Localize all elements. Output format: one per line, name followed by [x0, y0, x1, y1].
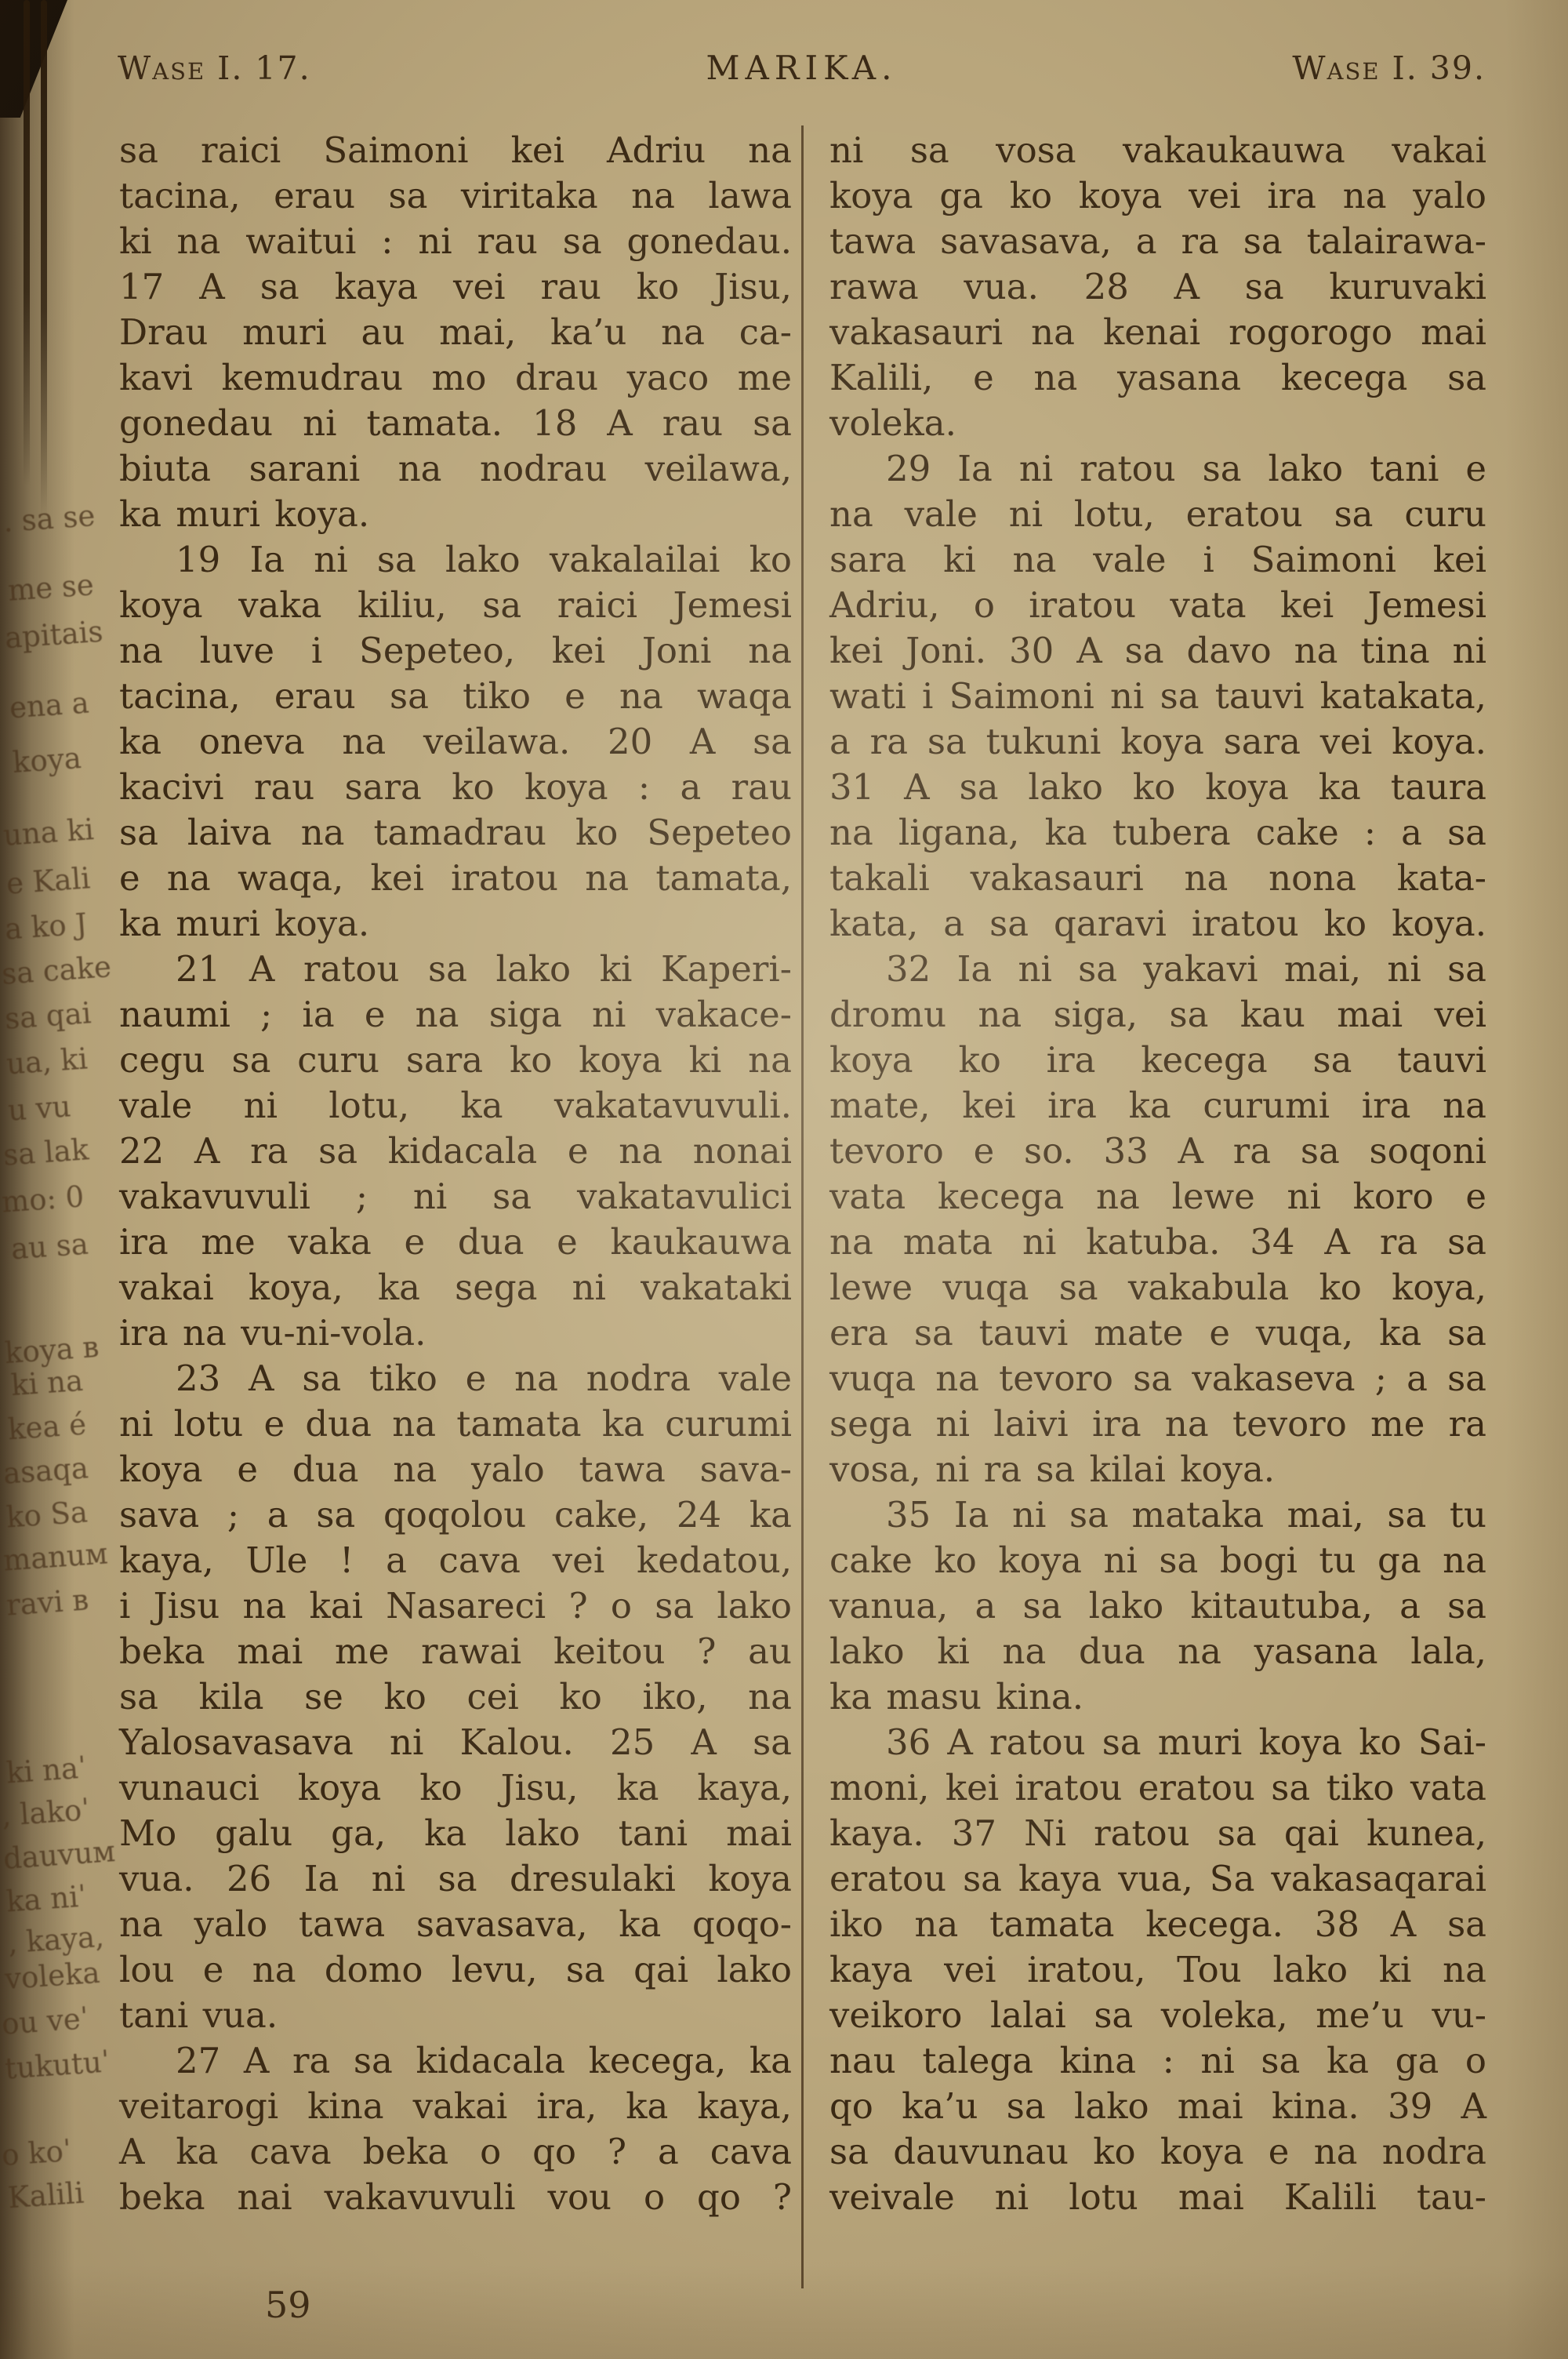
- text-line: Adriu, o iratou vata kei Jemesi: [829, 583, 1486, 628]
- binding-gutter-shadow: [0, 0, 74, 2359]
- text-line: sa raici Saimoni kei Adriu na: [119, 128, 792, 173]
- text-line: iko na tamata kecega. 38 A sa: [829, 1902, 1486, 1947]
- text-line: vale ni lotu, ka vakatavuvuli.: [119, 1083, 792, 1129]
- text-line: 23 A sa tiko e na nodra vale: [119, 1356, 792, 1401]
- text-line: vanua, a sa lako kitautuba, a sa: [829, 1583, 1486, 1629]
- text-line: ni sa vosa vakaukauwa vakai: [829, 128, 1486, 173]
- text-line: naumi ; ia e na siga ni vakace-: [119, 992, 792, 1038]
- paragraph: 35 Ia ni sa mataka mai, sa tucake ko koy…: [829, 1492, 1486, 1720]
- text-line: kaya vei iratou, Tou lako ki na: [829, 1947, 1486, 1993]
- text-line: Mo galu ga, ka lako tani mai: [119, 1811, 792, 1856]
- text-line: ka muri koya.: [119, 901, 792, 947]
- text-line: 19 Ia ni sa lako vakalailai ko: [119, 537, 792, 583]
- text-line: 31 A sa lako ko koya ka taura: [829, 765, 1486, 810]
- text-line: Yalosavasava ni Kalou. 25 A sa: [119, 1720, 792, 1765]
- paragraph: ni sa vosa vakaukauwa vakaikoya ga ko ko…: [829, 128, 1486, 446]
- text-line: nau talega kina : ni sa ka ga o: [829, 2038, 1486, 2084]
- text-line: tani vua.: [119, 1993, 792, 2038]
- text-line: sa laiva na tamadrau ko Sepeteo: [119, 810, 792, 856]
- text-line: kata, a sa qaravi iratou ko koya.: [829, 901, 1486, 947]
- text-line: a ra sa tukuni koya sara vei koya.: [829, 719, 1486, 765]
- text-line: koya ga ko koya vei ira na yalo: [829, 173, 1486, 219]
- page-number: 59: [265, 2284, 311, 2326]
- binding-thread: [24, 0, 30, 486]
- text-line: Kalili, e na yasana kecega sa: [829, 355, 1486, 401]
- paragraph: 27 A ra sa kidacala kecega, kaveitarogi …: [119, 2038, 792, 2220]
- text-line: ka muri koya.: [119, 492, 792, 537]
- text-line: veikoro lalai sa voleka, me’u vu-: [829, 1993, 1486, 2038]
- text-line: 27 A ra sa kidacala kecega, ka: [119, 2038, 792, 2084]
- book-page: . sa seme seapitaisena аkoyauna kie Kali…: [0, 0, 1568, 2359]
- text-line: eratou sa kaya vua, Sa vakasaqarai: [829, 1856, 1486, 1902]
- text-line: ki na waitui : ni rau sa gonedau.: [119, 219, 792, 264]
- binding-thread: [41, 0, 47, 518]
- text-line: sa kila se ko cei ko iko, na: [119, 1674, 792, 1720]
- text-line: cegu sa curu sara ko koya ki na: [119, 1038, 792, 1083]
- text-line: vakavuvuli ; ni sa vakatavulici: [119, 1174, 792, 1219]
- text-line: 22 A ra sa kidacala e na nonai: [119, 1129, 792, 1174]
- text-line: tawa savasava, a ra sa talairawa-: [829, 219, 1486, 264]
- text-line: koya ko ira kecega sa tauvi: [829, 1038, 1486, 1083]
- text-line: rawa vua. 28 A sa kuruvaki: [829, 264, 1486, 310]
- paragraph: 32 Ia ni sa yakavi mai, ni sadromu na si…: [829, 947, 1486, 1492]
- text-line: koya e dua na yalo tawa sava-: [119, 1447, 792, 1492]
- text-line: ka oneva na veilawa. 20 A sa: [119, 719, 792, 765]
- paragraph: 23 A sa tiko e na nodra valeni lotu e du…: [119, 1356, 792, 2038]
- text-line: A ka cava beka o qo ? a cava: [119, 2129, 792, 2175]
- text-line: na vale ni lotu, eratou sa curu: [829, 492, 1486, 537]
- text-line: sara ki na vale i Saimoni kei: [829, 537, 1486, 583]
- text-line: kei Joni. 30 A sa davo na tina ni: [829, 628, 1486, 674]
- paragraph: 19 Ia ni sa lako vakalailai kokoya vaka …: [119, 537, 792, 947]
- text-column-right: ni sa vosa vakaukauwa vakaikoya ga ko ko…: [829, 128, 1486, 2220]
- header-right-verse-ref: Wase I. 39.: [1292, 49, 1486, 87]
- text-line: vua. 26 Ia ni sa dresulaki koya: [119, 1856, 792, 1902]
- text-line: vunauci koya ko Jisu, ka kaya,: [119, 1765, 792, 1811]
- text-line: tacina, erau sa tiko e na waqa: [119, 674, 792, 719]
- text-line: kacivi rau sara ko koya : a rau: [119, 765, 792, 810]
- text-line: 29 Ia ni ratou sa lako tani e: [829, 446, 1486, 492]
- paragraph: 36 A ratou sa muri koya ko Sai-moni, kei…: [829, 1720, 1486, 2220]
- page-title: MARIKA.: [706, 49, 898, 87]
- text-line: vuqa na tevoro sa vakaseva ; a sa: [829, 1356, 1486, 1401]
- text-line: veivale ni lotu mai Kalili tau-: [829, 2175, 1486, 2220]
- text-line: ni lotu e dua na tamata ka curumi: [119, 1401, 792, 1447]
- text-line: era sa tauvi mate e vuqa, ka sa: [829, 1310, 1486, 1356]
- text-line: 36 A ratou sa muri koya ko Sai-: [829, 1720, 1486, 1765]
- text-line: lewe vuqa sa vakabula ko koya,: [829, 1265, 1486, 1310]
- text-line: ira me vaka e dua e kaukauwa: [119, 1219, 792, 1265]
- text-line: sa dauvunau ko koya e na nodra: [829, 2129, 1486, 2175]
- paragraph: 21 A ratou sa lako ki Kaperi-naumi ; ia …: [119, 947, 792, 1356]
- text-line: biuta sarani na nodrau veilawa,: [119, 446, 792, 492]
- text-line: e na waqa, kei iratou na tamata,: [119, 856, 792, 901]
- text-line: 17 A sa kaya vei rau ko Jisu,: [119, 264, 792, 310]
- text-line: wati i Saimoni ni sa tauvi katakata,: [829, 674, 1486, 719]
- text-line: cake ko koya ni sa bogi tu ga na: [829, 1538, 1486, 1583]
- text-line: na luve i Sepeteo, kei Joni na: [119, 628, 792, 674]
- text-line: takali vakasauri na nona kata-: [829, 856, 1486, 901]
- text-line: mate, kei ira ka curumi ira na: [829, 1083, 1486, 1129]
- text-line: sava ; a sa qoqolou cake, 24 ka: [119, 1492, 792, 1538]
- text-line: kaya. 37 Ni ratou sa qai kunea,: [829, 1811, 1486, 1856]
- text-line: ira na vu-ni-vola.: [119, 1310, 792, 1356]
- paragraph: sa raici Saimoni kei Adriu natacina, era…: [119, 128, 792, 537]
- text-line: moni, kei iratou eratou sa tiko vata: [829, 1765, 1486, 1811]
- text-column-left: sa raici Saimoni kei Adriu natacina, era…: [119, 128, 792, 2220]
- text-line: vosa, ni ra sa kilai koya.: [829, 1447, 1486, 1492]
- text-line: i Jisu na kai Nasareci ? o sa lako: [119, 1583, 792, 1629]
- text-line: dromu na siga, sa kau mai vei: [829, 992, 1486, 1038]
- text-line: na mata ni katuba. 34 A ra sa: [829, 1219, 1486, 1265]
- text-line: 32 Ia ni sa yakavi mai, ni sa: [829, 947, 1486, 992]
- text-line: beka mai me rawai keitou ? au: [119, 1629, 792, 1674]
- text-line: qo ka’u sa lako mai kina. 39 A: [829, 2084, 1486, 2129]
- column-divider-rule: [801, 125, 804, 2288]
- text-line: beka nai vakavuvuli vou o qo ?: [119, 2175, 792, 2220]
- text-line: 35 Ia ni sa mataka mai, sa tu: [829, 1492, 1486, 1538]
- text-line: 21 A ratou sa lako ki Kaperi-: [119, 947, 792, 992]
- text-line: veitarogi kina vakai ira, ka kaya,: [119, 2084, 792, 2129]
- text-line: tevoro e so. 33 A ra sa soqoni: [829, 1129, 1486, 1174]
- text-line: vata kecega na lewe ni koro e: [829, 1174, 1486, 1219]
- text-line: sega ni laivi ira na tevoro me ra: [829, 1401, 1486, 1447]
- header-left-verse-ref: Wase I. 17.: [118, 49, 311, 87]
- text-line: tacina, erau sa viritaka na lawa: [119, 173, 792, 219]
- text-line: vakasauri na kenai rogorogo mai: [829, 310, 1486, 355]
- text-line: kavi kemudrau mo drau yaco me: [119, 355, 792, 401]
- text-line: na yalo tawa savasava, ka qoqo-: [119, 1902, 792, 1947]
- text-line: kaya, Ule ! a cava vei kedatou,: [119, 1538, 792, 1583]
- text-line: gonedau ni tamata. 18 A rau sa: [119, 401, 792, 446]
- text-line: voleka.: [829, 401, 1486, 446]
- text-line: koya vaka kiliu, sa raici Jemesi: [119, 583, 792, 628]
- text-line: vakai koya, ka sega ni vakataki: [119, 1265, 792, 1310]
- running-header: Wase I. 17. MARIKA. Wase I. 39.: [118, 49, 1486, 87]
- text-line: lou e na domo levu, sa qai lako: [119, 1947, 792, 1993]
- text-line: lako ki na dua na yasana lala,: [829, 1629, 1486, 1674]
- text-line: na ligana, ka tubera cake : a sa: [829, 810, 1486, 856]
- text-line: Drau muri au mai, ka’u na ca-: [119, 310, 792, 355]
- paragraph: 29 Ia ni ratou sa lako tani ena vale ni …: [829, 446, 1486, 947]
- text-line: ka masu kina.: [829, 1674, 1486, 1720]
